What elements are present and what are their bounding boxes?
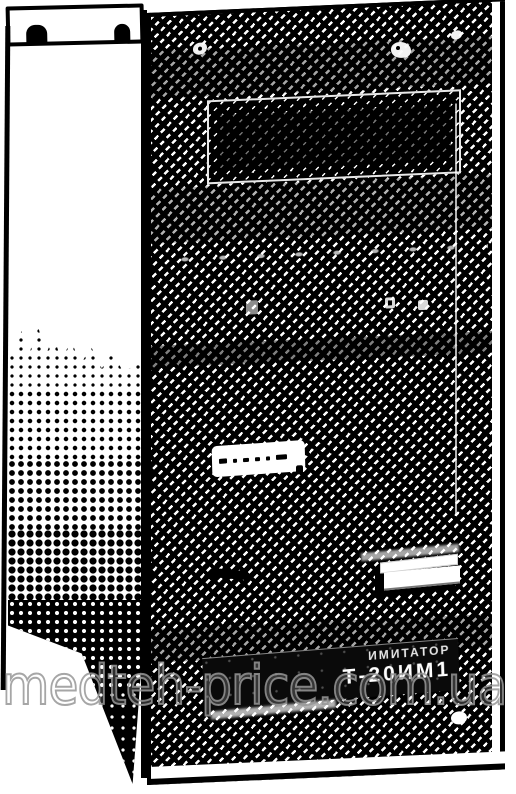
label-mark: [255, 457, 260, 461]
watermark-text: medteh-price.com.ua: [2, 654, 507, 717]
drawer-handle: [375, 555, 461, 605]
equipment-photo: ИМИТАТОР Т-20ИМ1 medteh-price.com.ua: [0, 0, 516, 794]
label-mark: [219, 458, 227, 464]
control-mark: [385, 297, 395, 308]
rail-bolt-icon: [114, 24, 130, 42]
label-mark: [233, 458, 237, 462]
control-mark: [246, 300, 258, 315]
control-mark: [418, 300, 428, 310]
slot-inner-shadow: [217, 105, 451, 171]
recessed-vent-slot: [207, 89, 461, 184]
shadow-band: [8, 318, 142, 390]
dark-smudge: [209, 568, 248, 581]
label-mark: [243, 457, 249, 461]
worn-label-row: [166, 238, 488, 268]
front-right-edge: [492, 1, 505, 754]
label-mark: [266, 456, 270, 460]
rail-bolt-icon: [26, 25, 47, 44]
label-mark: [276, 454, 287, 460]
screw-mark-icon: [391, 41, 411, 58]
label-speck: [296, 465, 303, 474]
small-label-plate: [212, 440, 306, 477]
shadow-band: [8, 460, 142, 530]
side-panel-top-rail: [6, 3, 145, 46]
shadow-band: [8, 530, 142, 600]
shadow-area: [151, 173, 505, 243]
panel-vertical-seam: [455, 103, 457, 515]
shadow-band: [8, 390, 142, 460]
front-bottom-strip: [151, 751, 505, 784]
panel-seam: [151, 330, 505, 367]
